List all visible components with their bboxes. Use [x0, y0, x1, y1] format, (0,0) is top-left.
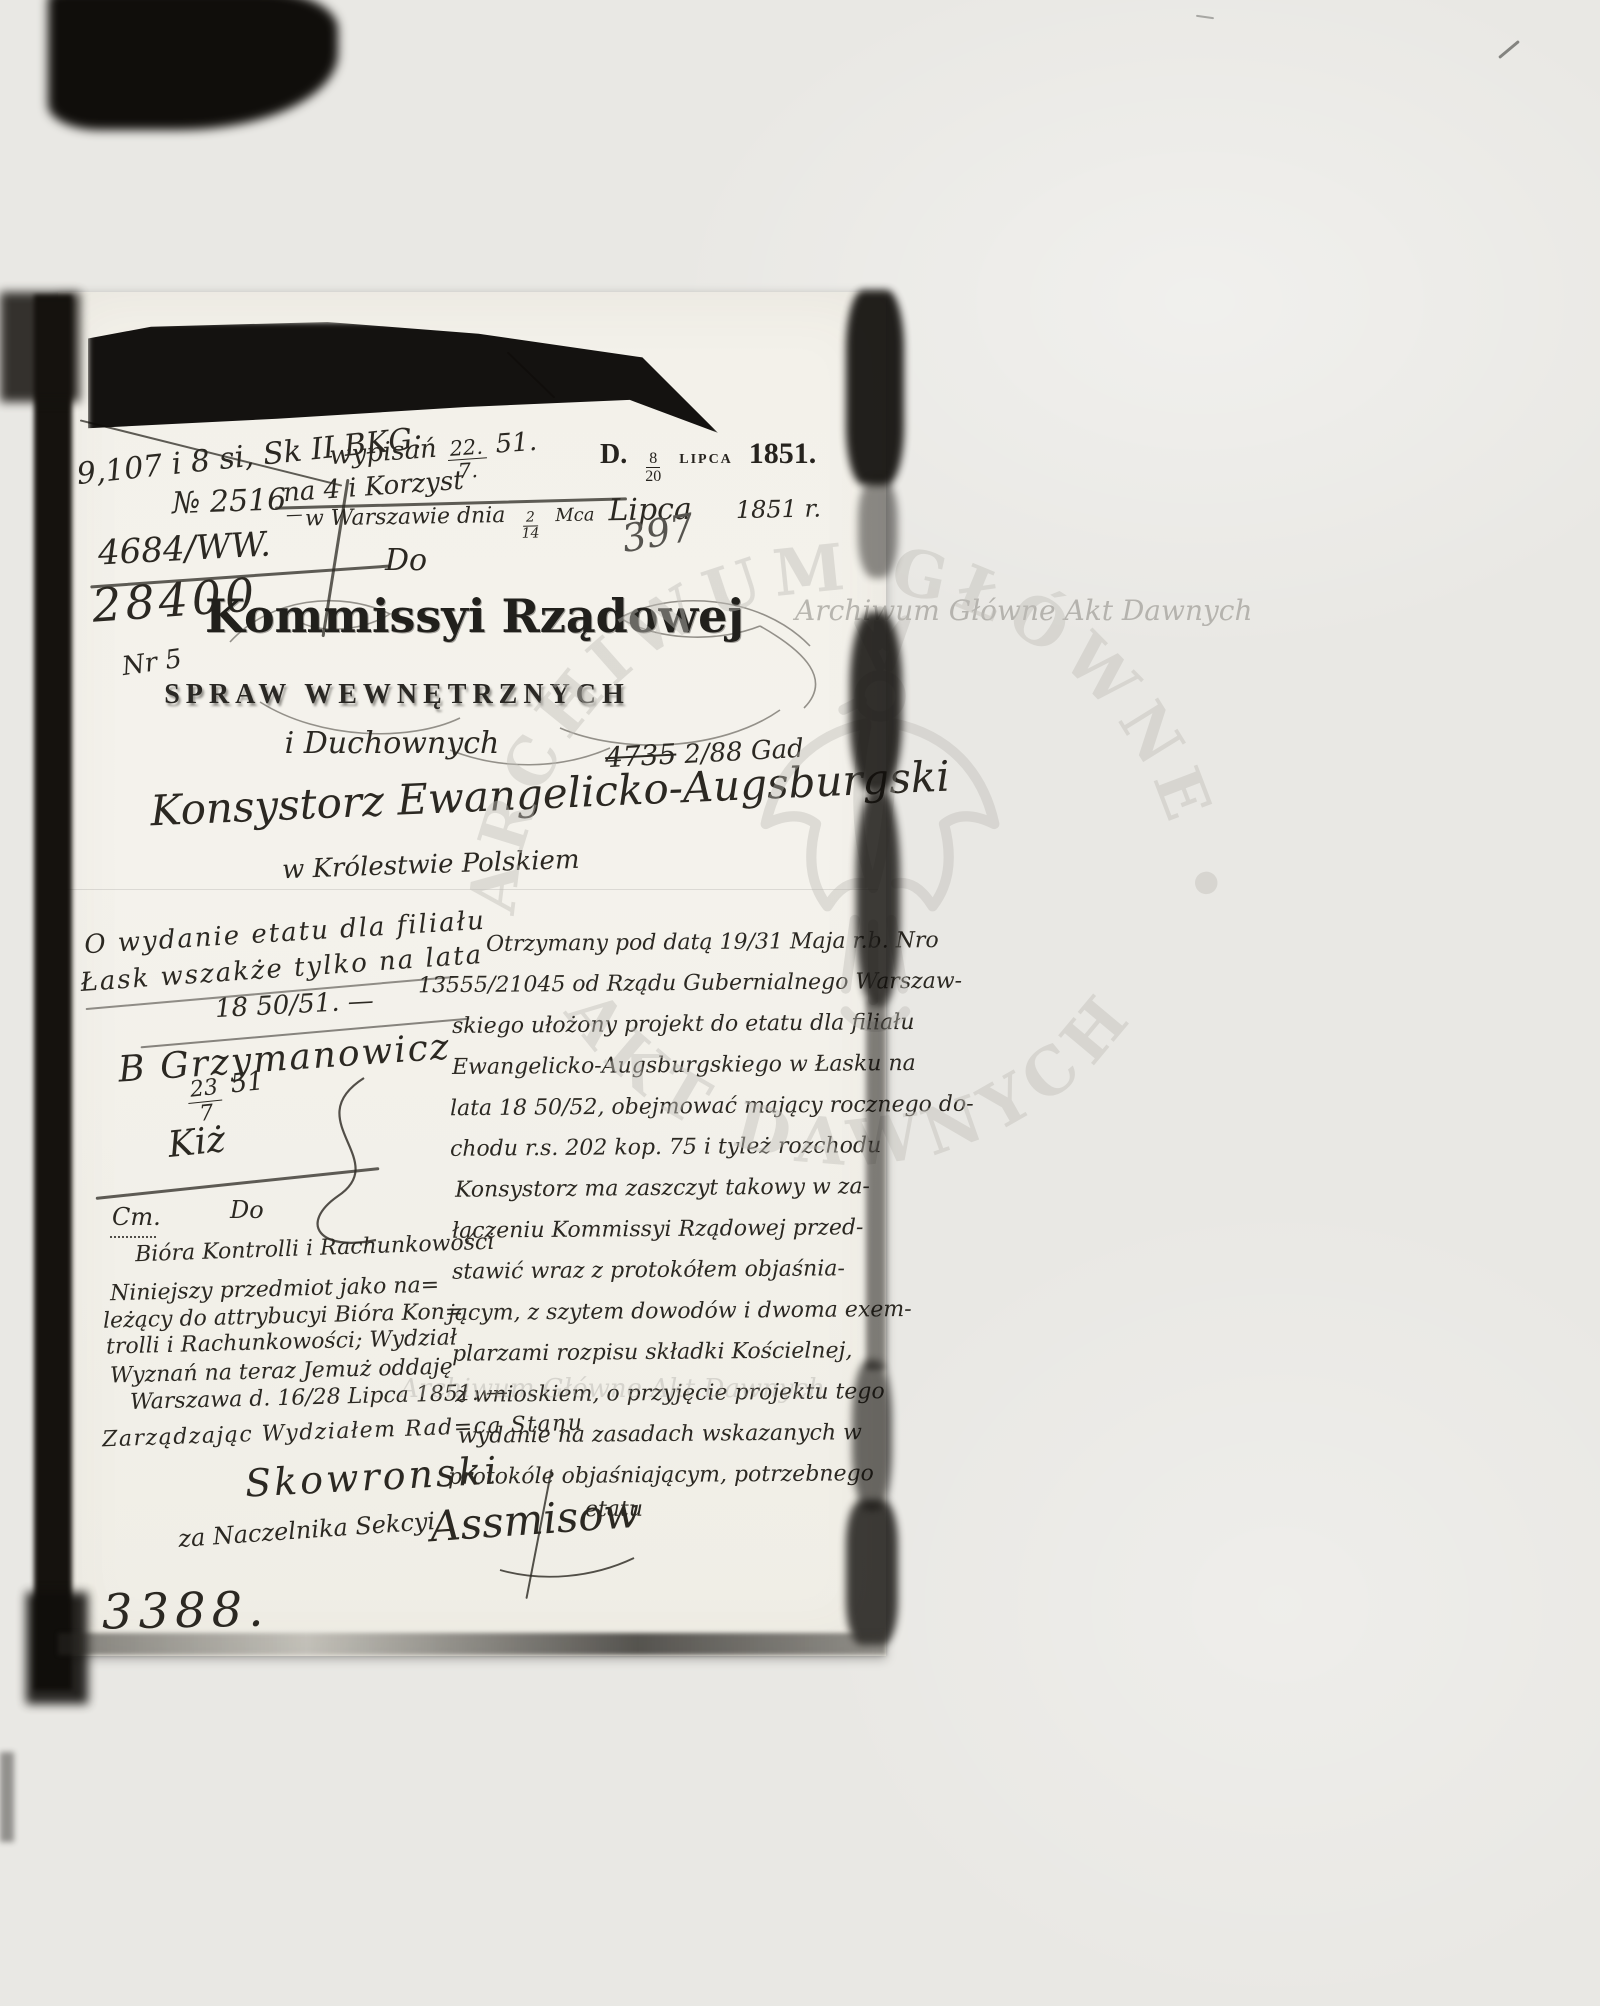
- stamp-month: LIPCA: [679, 453, 733, 468]
- scan-speck: [1196, 15, 1214, 19]
- ref-number-4684: 4684/WW.: [97, 528, 271, 573]
- registry-note-year: 51.: [495, 429, 538, 459]
- pen-flourish: [280, 1068, 400, 1258]
- stamp-prefix: D.: [600, 440, 627, 469]
- body-line: jącym, z szytem dowodów i dwoma exem-: [448, 1298, 912, 1325]
- docket-number: 3388.: [102, 1585, 270, 1638]
- body-line: etatu: [585, 1498, 643, 1522]
- margin-date: 237 51: [186, 1068, 268, 1127]
- registry-note-label: wypisań: [329, 436, 438, 471]
- signature-flourish: [492, 1548, 642, 1584]
- book-spine: [34, 295, 72, 1690]
- burn-mark: [850, 612, 902, 792]
- margin-initials: Kiż: [166, 1121, 227, 1165]
- stamp-year: 1851.: [749, 438, 817, 470]
- edge-mark: [0, 1752, 14, 1842]
- body-line: plarzami rozpisu składki Kościelnej,: [452, 1339, 853, 1366]
- scan-speck: [1498, 40, 1520, 59]
- burn-mark: [846, 1500, 898, 1645]
- salutation-do: Do: [385, 545, 427, 577]
- body-line: protokóle objaśniającym, potrzebnego: [448, 1462, 874, 1489]
- burn-mark: [866, 1000, 886, 1370]
- body-line: wydanie na zasadach wskazanych w: [458, 1421, 862, 1448]
- burn-mark: [856, 790, 900, 1005]
- date-stamp: D. 820 LIPCA 1851.: [600, 438, 816, 486]
- case-number: № 2516_: [171, 484, 301, 520]
- burn-mark: [858, 478, 898, 578]
- dotted-underline: [110, 1236, 156, 1238]
- archive-watermark-text-faint: Archiwum Główne Akt Dawnych: [400, 1376, 825, 1403]
- archival-scan: 9,107 i 8 si, Sk II BKG: wypisań 22.7. 5…: [0, 0, 1600, 2006]
- margin-date-year: 51: [229, 1068, 265, 1099]
- margin-cm: Cm.: [112, 1205, 161, 1230]
- corner-shadow: [48, 0, 338, 130]
- page-bottom-shadow: [58, 1633, 886, 1655]
- burn-mark: [846, 290, 904, 485]
- burn-mark: [852, 1360, 892, 1510]
- margin-do: Do: [230, 1198, 264, 1223]
- spine-shadow-top: [0, 292, 80, 402]
